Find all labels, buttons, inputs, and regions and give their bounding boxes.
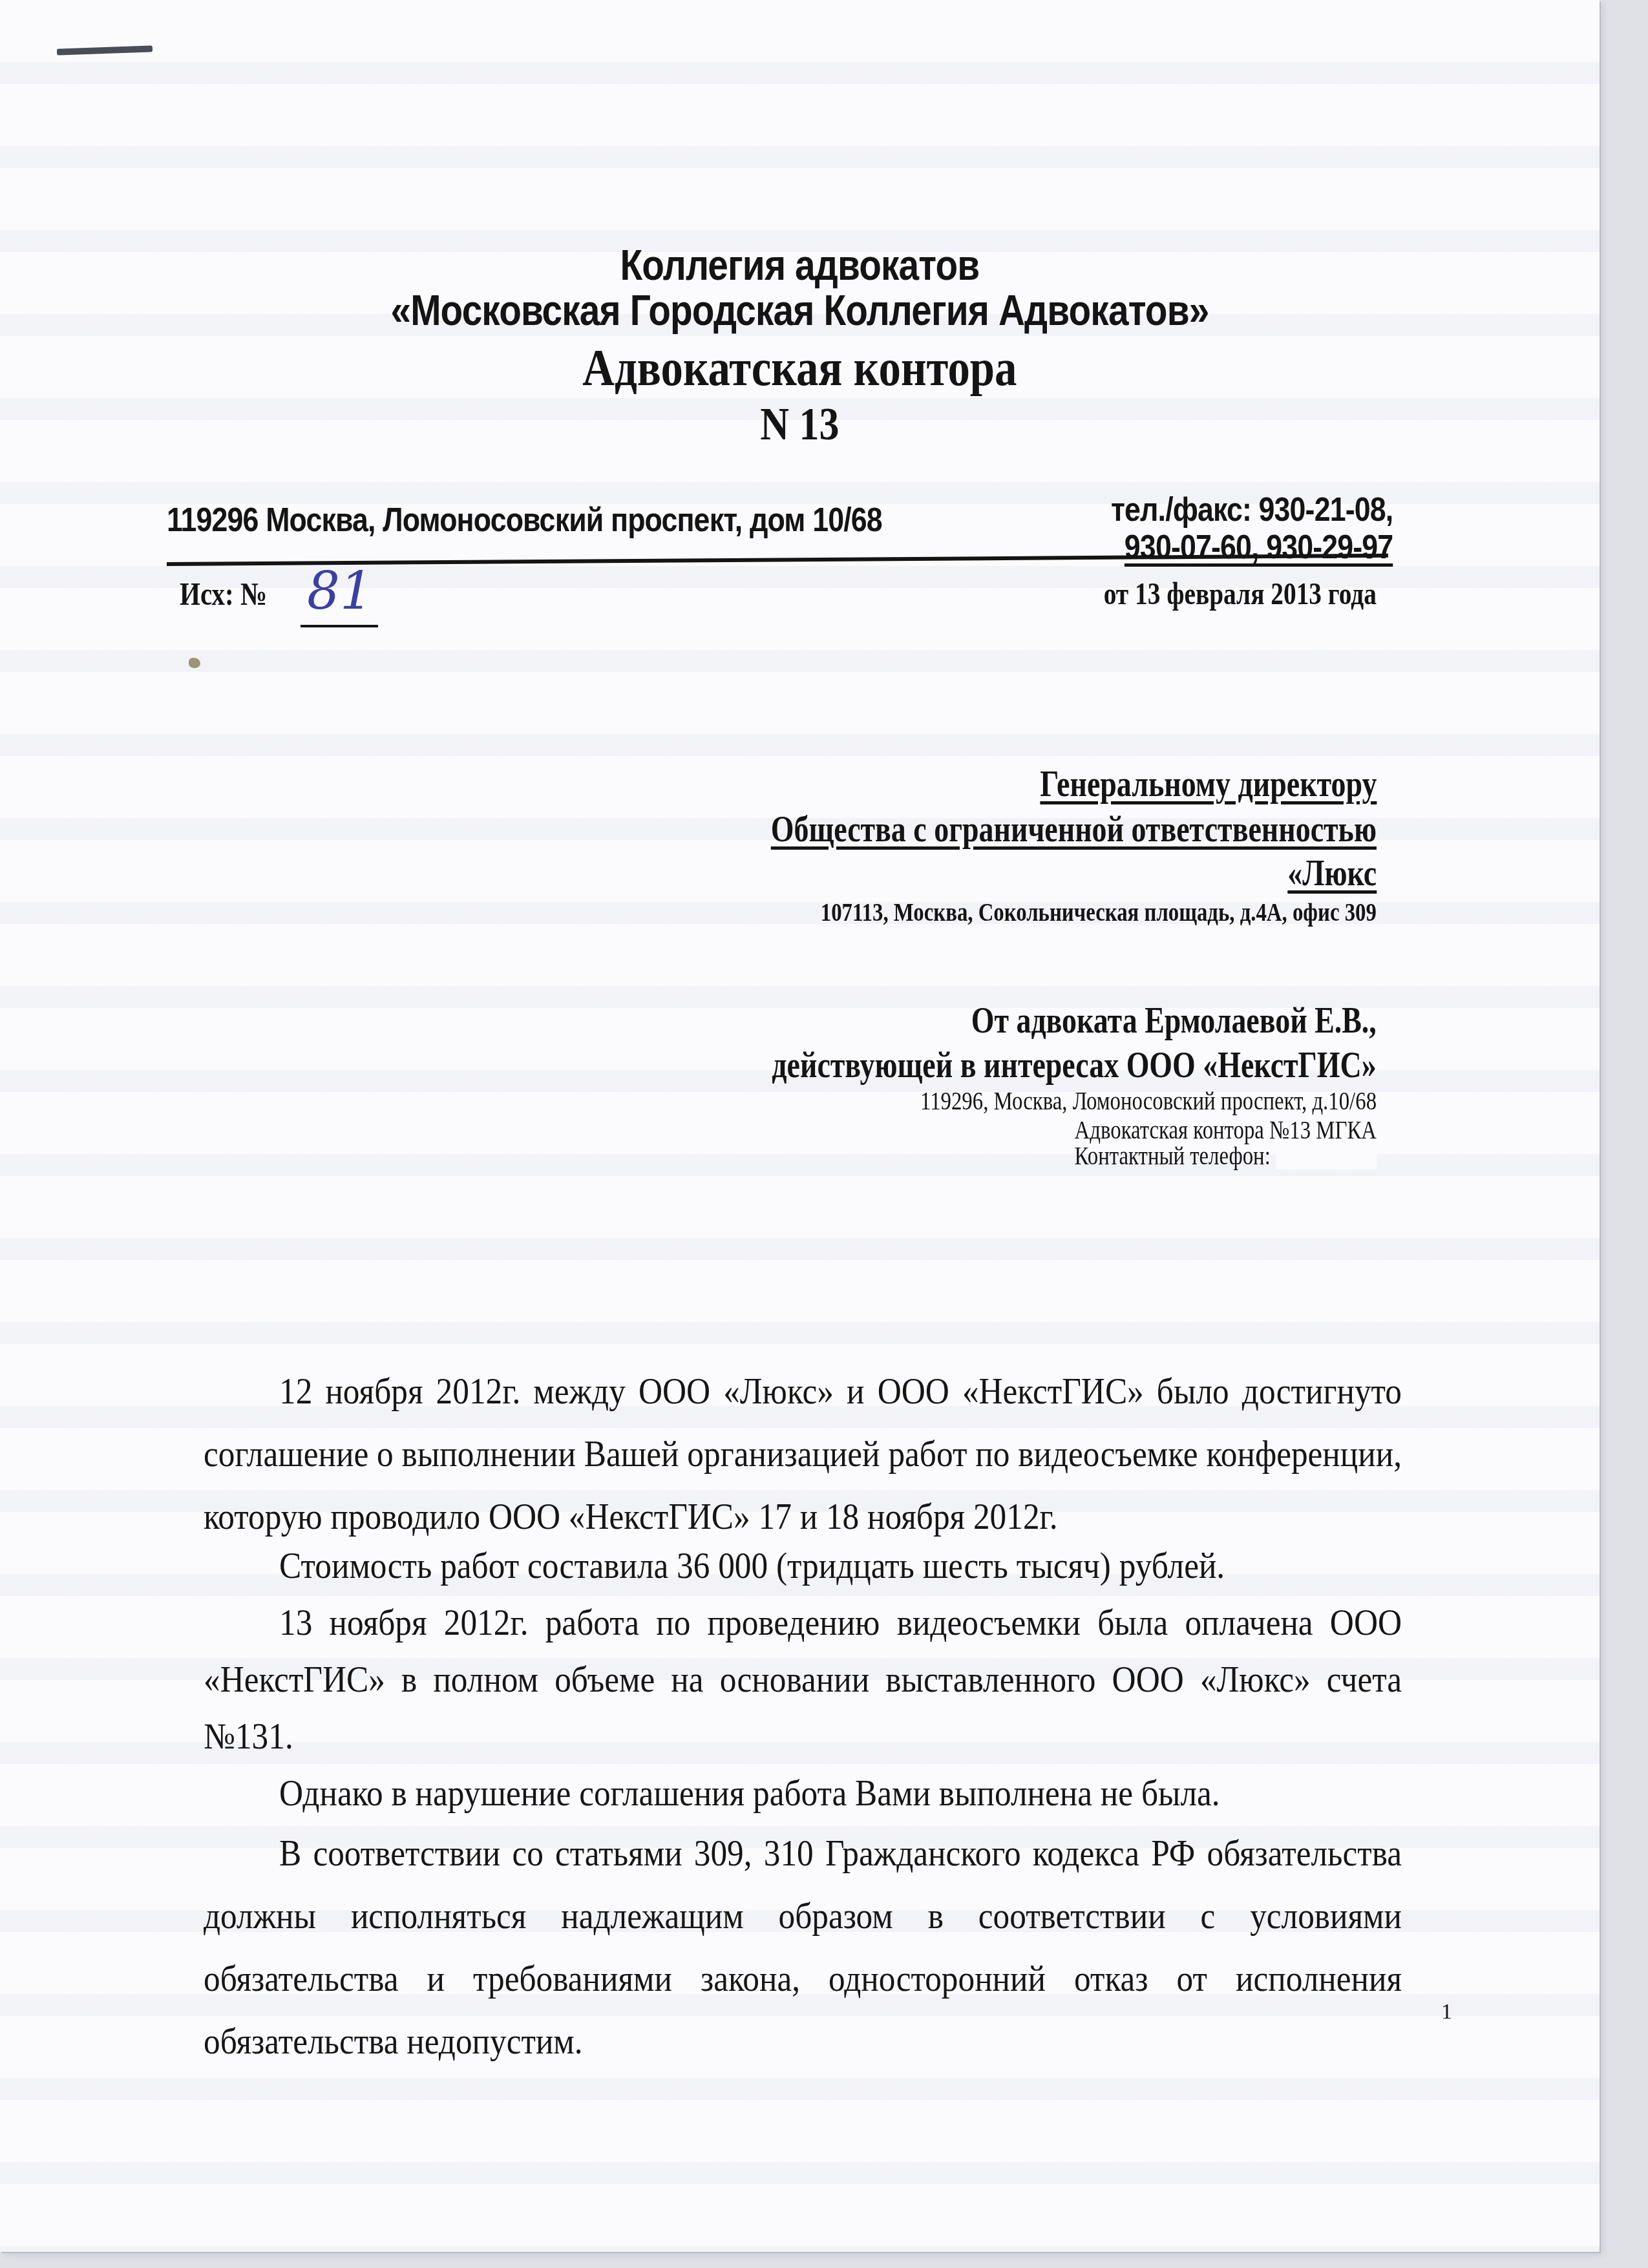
paragraph-agreement: 12 ноября 2012г. между ООО «Люкс» и ООО … [204,1360,1402,1548]
paragraph-legal-basis: В соответствии со статьями 309, 310 Граж… [204,1822,1402,2073]
page-number: 1 [1441,2000,1452,2024]
body-paragraph-1: 12 ноября 2012г. между ООО «Люкс» и ООО … [204,1360,1283,1548]
paragraph-breach: Однако в нарушение соглашения работа Вам… [204,1765,1402,1822]
sender-address: 119296, Москва, Ломоносовский проспект, … [920,1086,1377,1116]
phone-line-1: тел./факс: 930-21-08, [1111,491,1393,529]
recipient-address: 107113, Москва, Сокольническая площадь, … [821,897,1377,927]
document-page: Коллегия адвокатов «Московская Городская… [0,0,1600,2252]
sender-name: От адвоката Ермолаевой Е.В., [971,1000,1377,1042]
redacted-phone-number [1276,1148,1377,1170]
sender-capacity: действующей в интересах ООО «НекстГИС» [772,1045,1377,1086]
paper-speck [189,658,200,668]
org-name-line2: «Московская Городская Коллегия Адвокатов… [112,286,1488,335]
body-paragraph-5: В соответствии со статьями 309, 310 Граж… [204,1822,1283,2073]
office-number: N 13 [112,397,1488,451]
paragraph-cost: Стоимость работ составила 36 000 (тридца… [204,1538,1402,1595]
sender-phone: Контактный телефон: [1075,1140,1377,1171]
phone-line-2: 930-07-60, 930-29-97 [1111,529,1393,566]
staple-mark [57,45,153,55]
recipient-org-name: «Люкс [1287,853,1377,894]
recipient-title: Генеральному директору [1040,764,1377,805]
handwritten-outgoing-number: 81 [307,572,365,617]
paragraph-payment: 13 ноября 2012г. работа по проведению ви… [204,1595,1402,1765]
outgoing-number-underline [301,625,378,627]
recipient-org-type: Общества с ограниченной ответственностью [771,809,1377,850]
letterhead-address: 119296 Москва, Ломоносовский проспект, д… [167,501,882,540]
org-name-line1: Коллегия адвокатов [112,240,1488,289]
letter-date: от 13 февраля 2013 года [1104,576,1377,612]
office-title: Адвокатская контора [112,339,1488,398]
sender-phone-label: Контактный телефон: [1075,1141,1271,1170]
outgoing-number-label: Исх: № [180,575,267,613]
body-paragraphs-2-4: Стоимость работ составила 36 000 (тридца… [204,1538,1283,1822]
